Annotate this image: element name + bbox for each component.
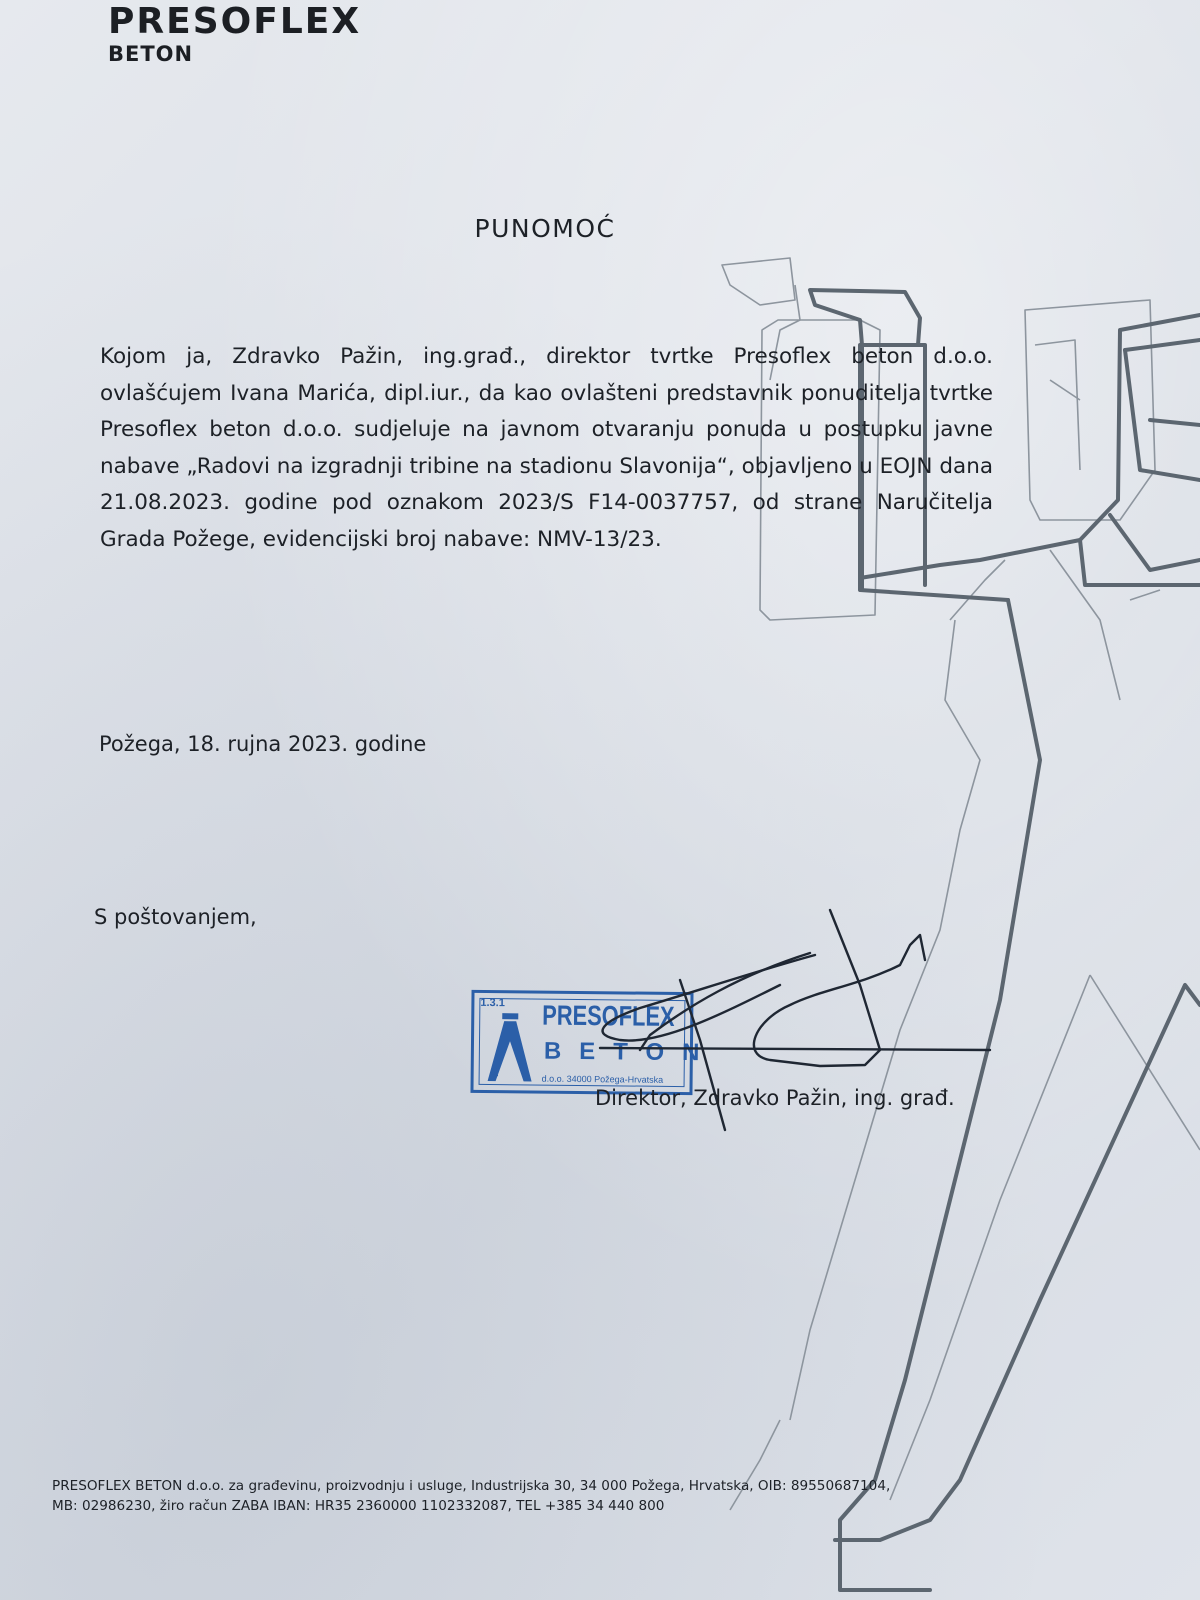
place-and-date: Požega, 18. rujna 2023. godine: [99, 732, 426, 756]
company-logo: PRESOFLEX BETON: [108, 2, 361, 66]
footer-line-2: MB: 02986230, žiro račun ZABA IBAN: HR35…: [52, 1496, 972, 1516]
stamp-sub-brand: BETON: [544, 1038, 718, 1068]
stamp-number: 1: [492, 1065, 499, 1079]
logo-sub-brand: BETON: [108, 42, 361, 66]
signer-name: Direktor, Zdravko Pažin, ing. građ.: [595, 1086, 955, 1110]
company-stamp: 1.3.1 1 PRESOFLEX BETON d.o.o. 34000 Pož…: [470, 990, 693, 1095]
footer-line-1: PRESOFLEX BETON d.o.o. za građevinu, pro…: [52, 1476, 972, 1496]
company-footer: PRESOFLEX BETON d.o.o. za građevinu, pro…: [52, 1476, 972, 1516]
authorization-body: Kojom ja, Zdravko Pažin, ing.građ., dire…: [100, 339, 993, 558]
stamp-address: d.o.o. 34000 Požega-Hrvatska: [542, 1074, 664, 1085]
logo-brand: PRESOFLEX: [108, 2, 361, 42]
document-title: PUNOMOĆ: [0, 214, 1090, 243]
stamp-brand: PRESOFLEX: [542, 1000, 675, 1033]
stamp-top-marks: 1.3.1: [480, 997, 505, 1009]
closing-greeting: S poštovanjem,: [94, 905, 257, 929]
